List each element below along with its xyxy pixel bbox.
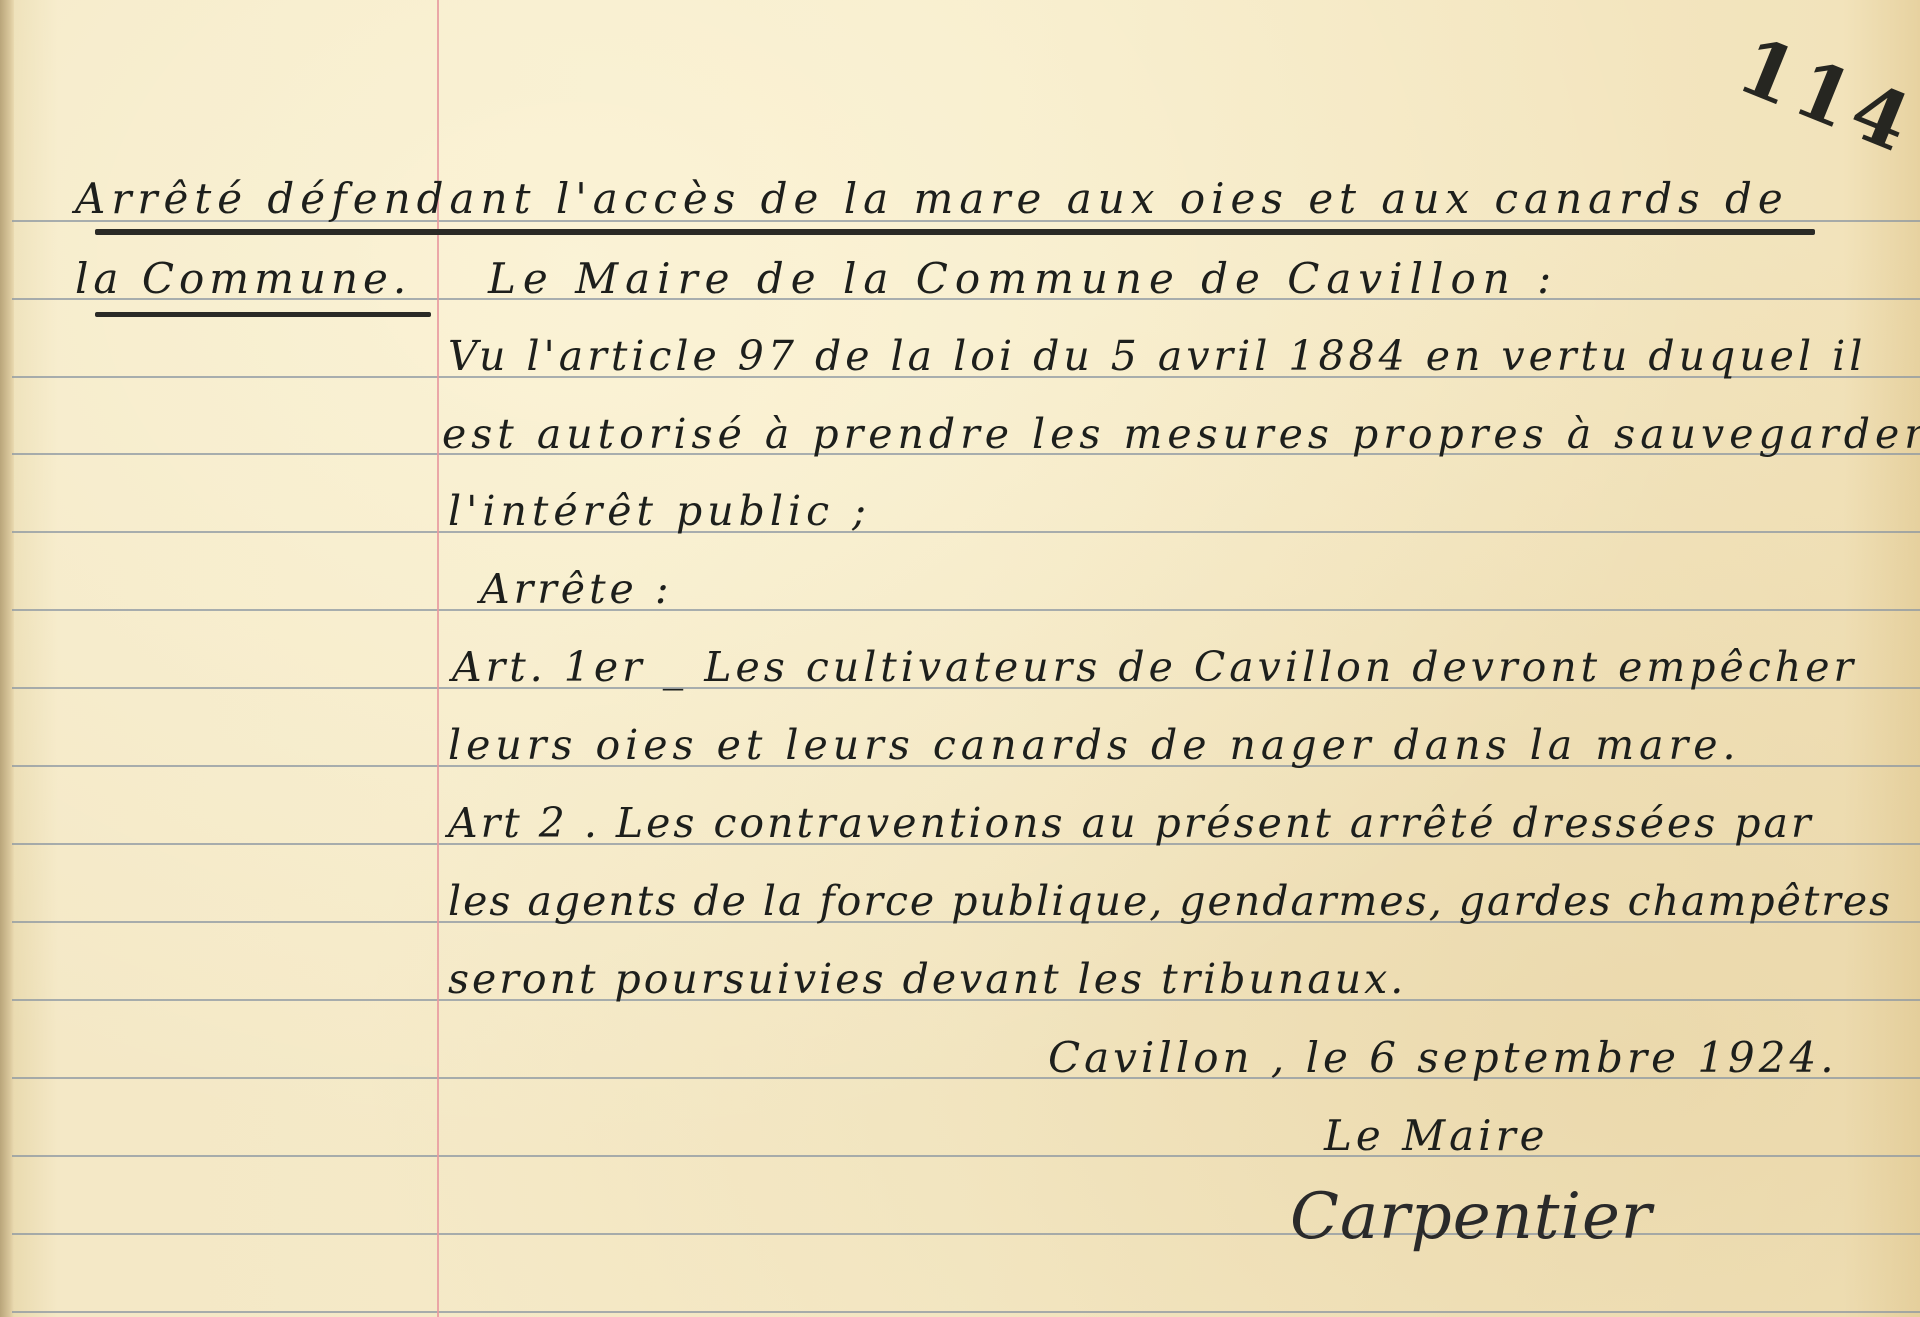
- ruled-line: [12, 609, 1920, 611]
- body-line: leurs oies et leurs canards de nager dan…: [448, 725, 1741, 766]
- place-and-date: Cavillon , le 6 septembre 1924.: [1048, 1037, 1838, 1079]
- page-binding-edge: [0, 0, 14, 1317]
- body-line: Vu l'article 97 de la loi du 5 avril 188…: [448, 336, 1866, 377]
- ruled-line: [12, 1155, 1920, 1157]
- mayor-signature: Carpentier: [1290, 1180, 1652, 1254]
- body-line: les agents de la force publique, gendarm…: [448, 881, 1892, 922]
- ruled-line: [12, 531, 1920, 533]
- notebook-page: 114 Arrêté défendant l'accès de la mare …: [0, 0, 1920, 1317]
- title-line-2: la Commune.: [75, 258, 411, 300]
- body-line: Art 2 . Les contraventions au présent ar…: [448, 803, 1814, 844]
- body-line: Art. 1er _ Les cultivateurs de Cavillon …: [452, 647, 1857, 688]
- title-line-2-underline: [95, 312, 431, 317]
- title-line-1: Arrêté défendant l'accès de la mare aux …: [75, 178, 1789, 220]
- body-line: l'intérêt public ;: [448, 491, 871, 532]
- page-number: 114: [1726, 20, 1920, 172]
- title-underline: [95, 229, 1815, 235]
- body-line: seront poursuivies devant les tribunaux.: [448, 959, 1406, 1000]
- body-line: Arrête :: [480, 569, 673, 610]
- signatory-title: Le Maire: [1324, 1115, 1549, 1157]
- body-line: est autorisé à prendre les mesures propr…: [442, 414, 1920, 455]
- preamble: Le Maire de la Commune de Cavillon :: [488, 258, 1558, 300]
- ruled-line: [12, 1311, 1920, 1313]
